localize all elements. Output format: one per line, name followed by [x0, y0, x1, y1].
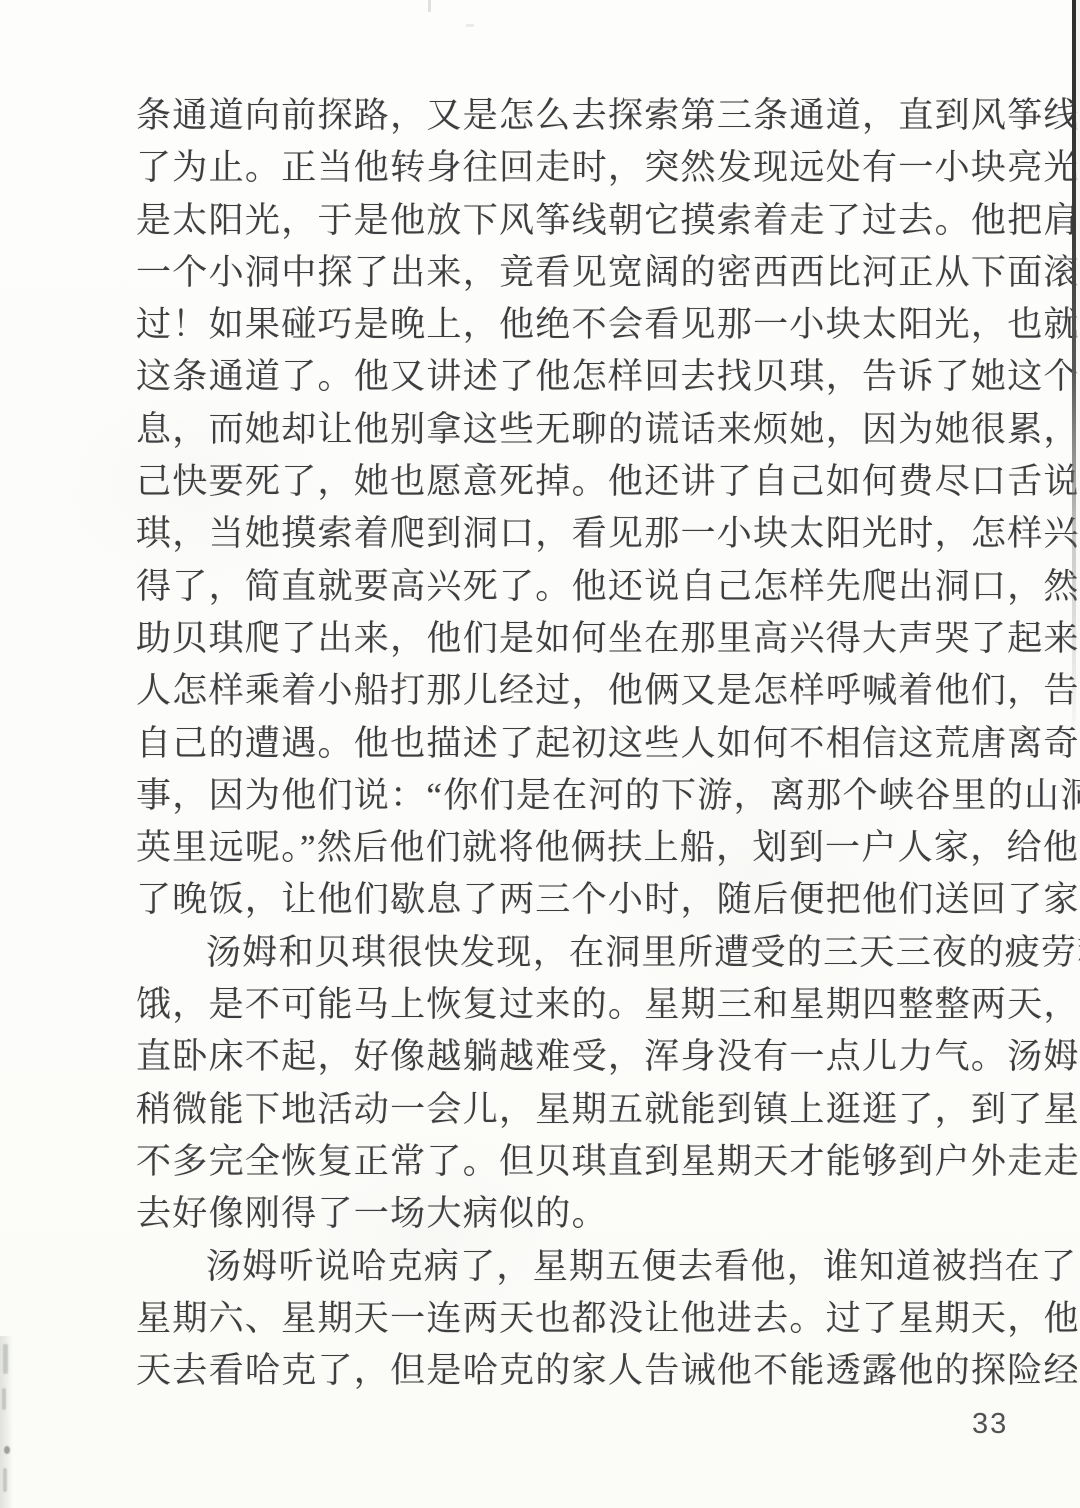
text-line: 稍微能下地活动一会儿，星期五就能到镇上逛逛了，到了星期六差: [136, 1084, 1026, 1136]
text-line: 饿，是不可能马上恢复过来的。星期三和星期四整整两天，他们一: [136, 979, 1026, 1031]
text-line: 星期六、星期天一连两天也都没让他进去。过了星期天，他可以每: [136, 1293, 1026, 1345]
text-line: 直卧床不起，好像越躺越难受，浑身没有一点儿力气。汤姆星期四: [136, 1031, 1026, 1083]
text-line: 琪，当她摸索着爬到洞口，看见那一小块太阳光时，怎样兴奋得不: [136, 508, 1026, 560]
text-line: 己快要死了，她也愿意死掉。他还讲了自己如何费尽口舌说服了贝: [136, 456, 1026, 508]
text-line: 自己的遭遇。他也描述了起初这些人如何不相信这荒唐离奇的故: [136, 718, 1026, 770]
binding-mark: [3, 1344, 8, 1374]
text-line: 条通道向前探路，又是怎么去探索第三条通道，直到风筝线不够用: [136, 90, 1026, 142]
text-line: 汤姆和贝琪很快发现，在洞里所遭受的三天三夜的疲劳和饥: [136, 927, 1026, 979]
text-line: 了为止。正当他转身往回走时，突然发现远处有一小块亮光，好像: [136, 142, 1026, 194]
binding-mark: [2, 1388, 6, 1410]
binding-mark: [4, 1446, 10, 1454]
text-line: 是太阳光，于是他放下风筝线朝它摸索着走了过去。他把肩和头从: [136, 195, 1026, 247]
binding-mark: [3, 1468, 7, 1492]
text-block: 条通道向前探路，又是怎么去探索第三条通道，直到风筝线不够用 了为止。正当他转身往…: [136, 90, 1026, 1397]
text-line: 得了，简直就要高兴死了。他还说自己怎样先爬出洞口，然后又帮: [136, 561, 1026, 613]
text-line: 这条通道了。他又讲述了他怎样回去找贝琪，告诉了她这个好消: [136, 351, 1026, 403]
page-number: 33: [972, 1408, 1008, 1441]
scan-smudge: [428, 0, 431, 12]
binding-edge-strip: [0, 1336, 13, 1508]
text-line: 天去看哈克了，但是哈克的家人告诫他不能透露他的探险经过，也: [136, 1345, 1026, 1397]
text-line: 事，因为他们说：“你们是在河的下游，离那个峡谷里的山洞有五: [136, 770, 1026, 822]
page-edge-highlight: [1076, 0, 1080, 760]
text-line: 人怎样乘着小船打那儿经过，他俩又是怎样呼喊着他们，告诉他们: [136, 665, 1026, 717]
text-line: 不多完全恢复正常了。但贝琪直到星期天才能够到户外走走，看上: [136, 1136, 1026, 1188]
text-line: 一个小洞中探了出来，竟看见宽阔的密西西比河正从下面滚滚流: [136, 247, 1026, 299]
text-line: 英里远呢。”然后他们就将他俩扶上船，划到一户人家，给他俩吃: [136, 822, 1026, 874]
text-line: 汤姆听说哈克病了，星期五便去看他，谁知道被挡在了门外，: [136, 1241, 1026, 1293]
text-line: 过！如果碰巧是晚上，他绝不会看见那一小块太阳光，也就找不到: [136, 299, 1026, 351]
text-line: 去好像刚得了一场大病似的。: [136, 1188, 1026, 1240]
text-line: 助贝琪爬了出来，他们是如何坐在那里高兴得大声哭了起来，一些: [136, 613, 1026, 665]
text-line: 了晚饭，让他们歇息了两三个小时，随后便把他们送回了家。: [136, 874, 1026, 926]
scanned-page: 条通道向前探路，又是怎么去探索第三条通道，直到风筝线不够用 了为止。正当他转身往…: [0, 0, 1080, 1508]
text-line: 息，而她却让他别拿这些无聊的谎话来烦她，因为她很累，知道自: [136, 404, 1026, 456]
scan-smudge: [466, 24, 474, 27]
